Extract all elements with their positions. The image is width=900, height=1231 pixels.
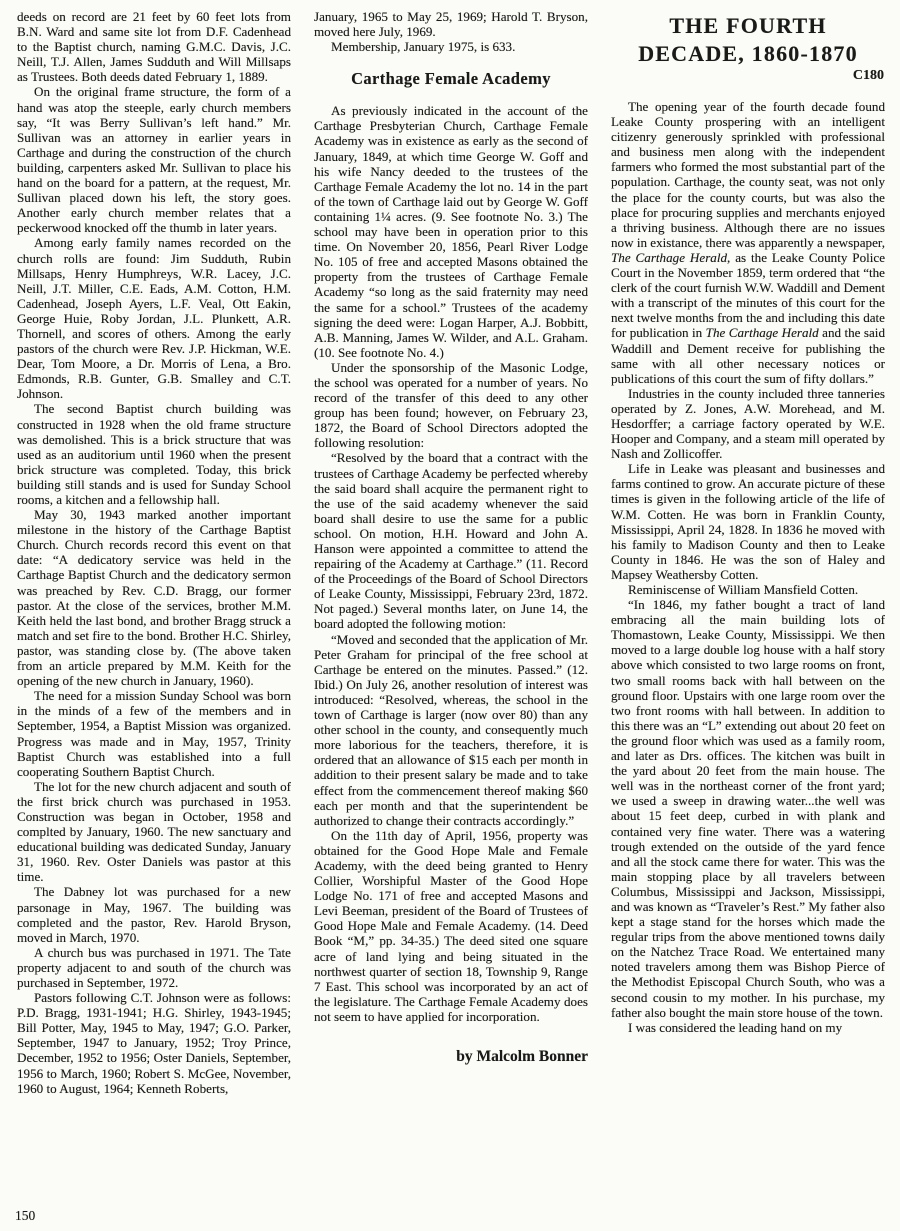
chapter-title-line2: DECADE, 1860-1870 [611,40,885,68]
paragraph: The Dabney lot was purchased for a new p… [17,884,291,944]
paragraph: deeds on record are 21 feet by 60 feet l… [17,9,291,84]
paragraph: The second Baptist church building was c… [17,401,291,507]
paragraph: The lot for the new church adjacent and … [17,779,291,885]
paragraph: “Moved and seconded that the application… [314,632,588,828]
section-heading: Carthage Female Academy [314,69,588,89]
chapter-title-line1: THE FOURTH [611,12,885,40]
paragraph: I was considered the leading hand on my [611,1020,885,1035]
paragraph: On the 11th day of April, 1956, property… [314,828,588,1024]
byline: by Malcolm Bonner [314,1049,588,1064]
paragraph: “In 1846, my father bought a tract of la… [611,597,885,1020]
paragraph: “Resolved by the board that a contract w… [314,450,588,631]
page-number: 150 [15,1208,35,1223]
paragraph: Reminiscense of William Mansfield Cotten… [611,582,885,597]
paragraph: Membership, January 1975, is 633. [314,39,588,54]
text-column-middle: January, 1965 to May 25, 1969; Harold T.… [314,9,588,1231]
chapter-title: THE FOURTH DECADE, 1860-1870 [611,12,885,67]
paragraph: January, 1965 to May 25, 1969; Harold T.… [314,9,588,39]
text-column-left: deeds on record are 21 feet by 60 feet l… [17,9,291,1231]
paragraph: A church bus was purchased in 1971. The … [17,945,291,990]
text-column-right: THE FOURTH DECADE, 1860-1870 C180 The op… [611,9,885,1231]
catalog-code: C180 [611,68,884,84]
paragraph: On the original frame structure, the for… [17,84,291,235]
paragraph: May 30, 1943 marked another important mi… [17,507,291,688]
paragraph: Among early family names recorded on the… [17,235,291,401]
paragraph: Pastors following C.T. Johnson were as f… [17,990,291,1096]
paragraph: The need for a mission Sunday School was… [17,688,291,779]
paragraph: Under the sponsorship of the Masonic Lod… [314,360,588,451]
paragraph: Life in Leake was pleasant and businesse… [611,461,885,582]
paragraph: Industries in the county included three … [611,386,885,461]
paragraph: The opening year of the fourth decade fo… [611,99,885,386]
paragraph: As previously indicated in the account o… [314,103,588,360]
book-page: deeds on record are 21 feet by 60 feet l… [0,0,900,1231]
